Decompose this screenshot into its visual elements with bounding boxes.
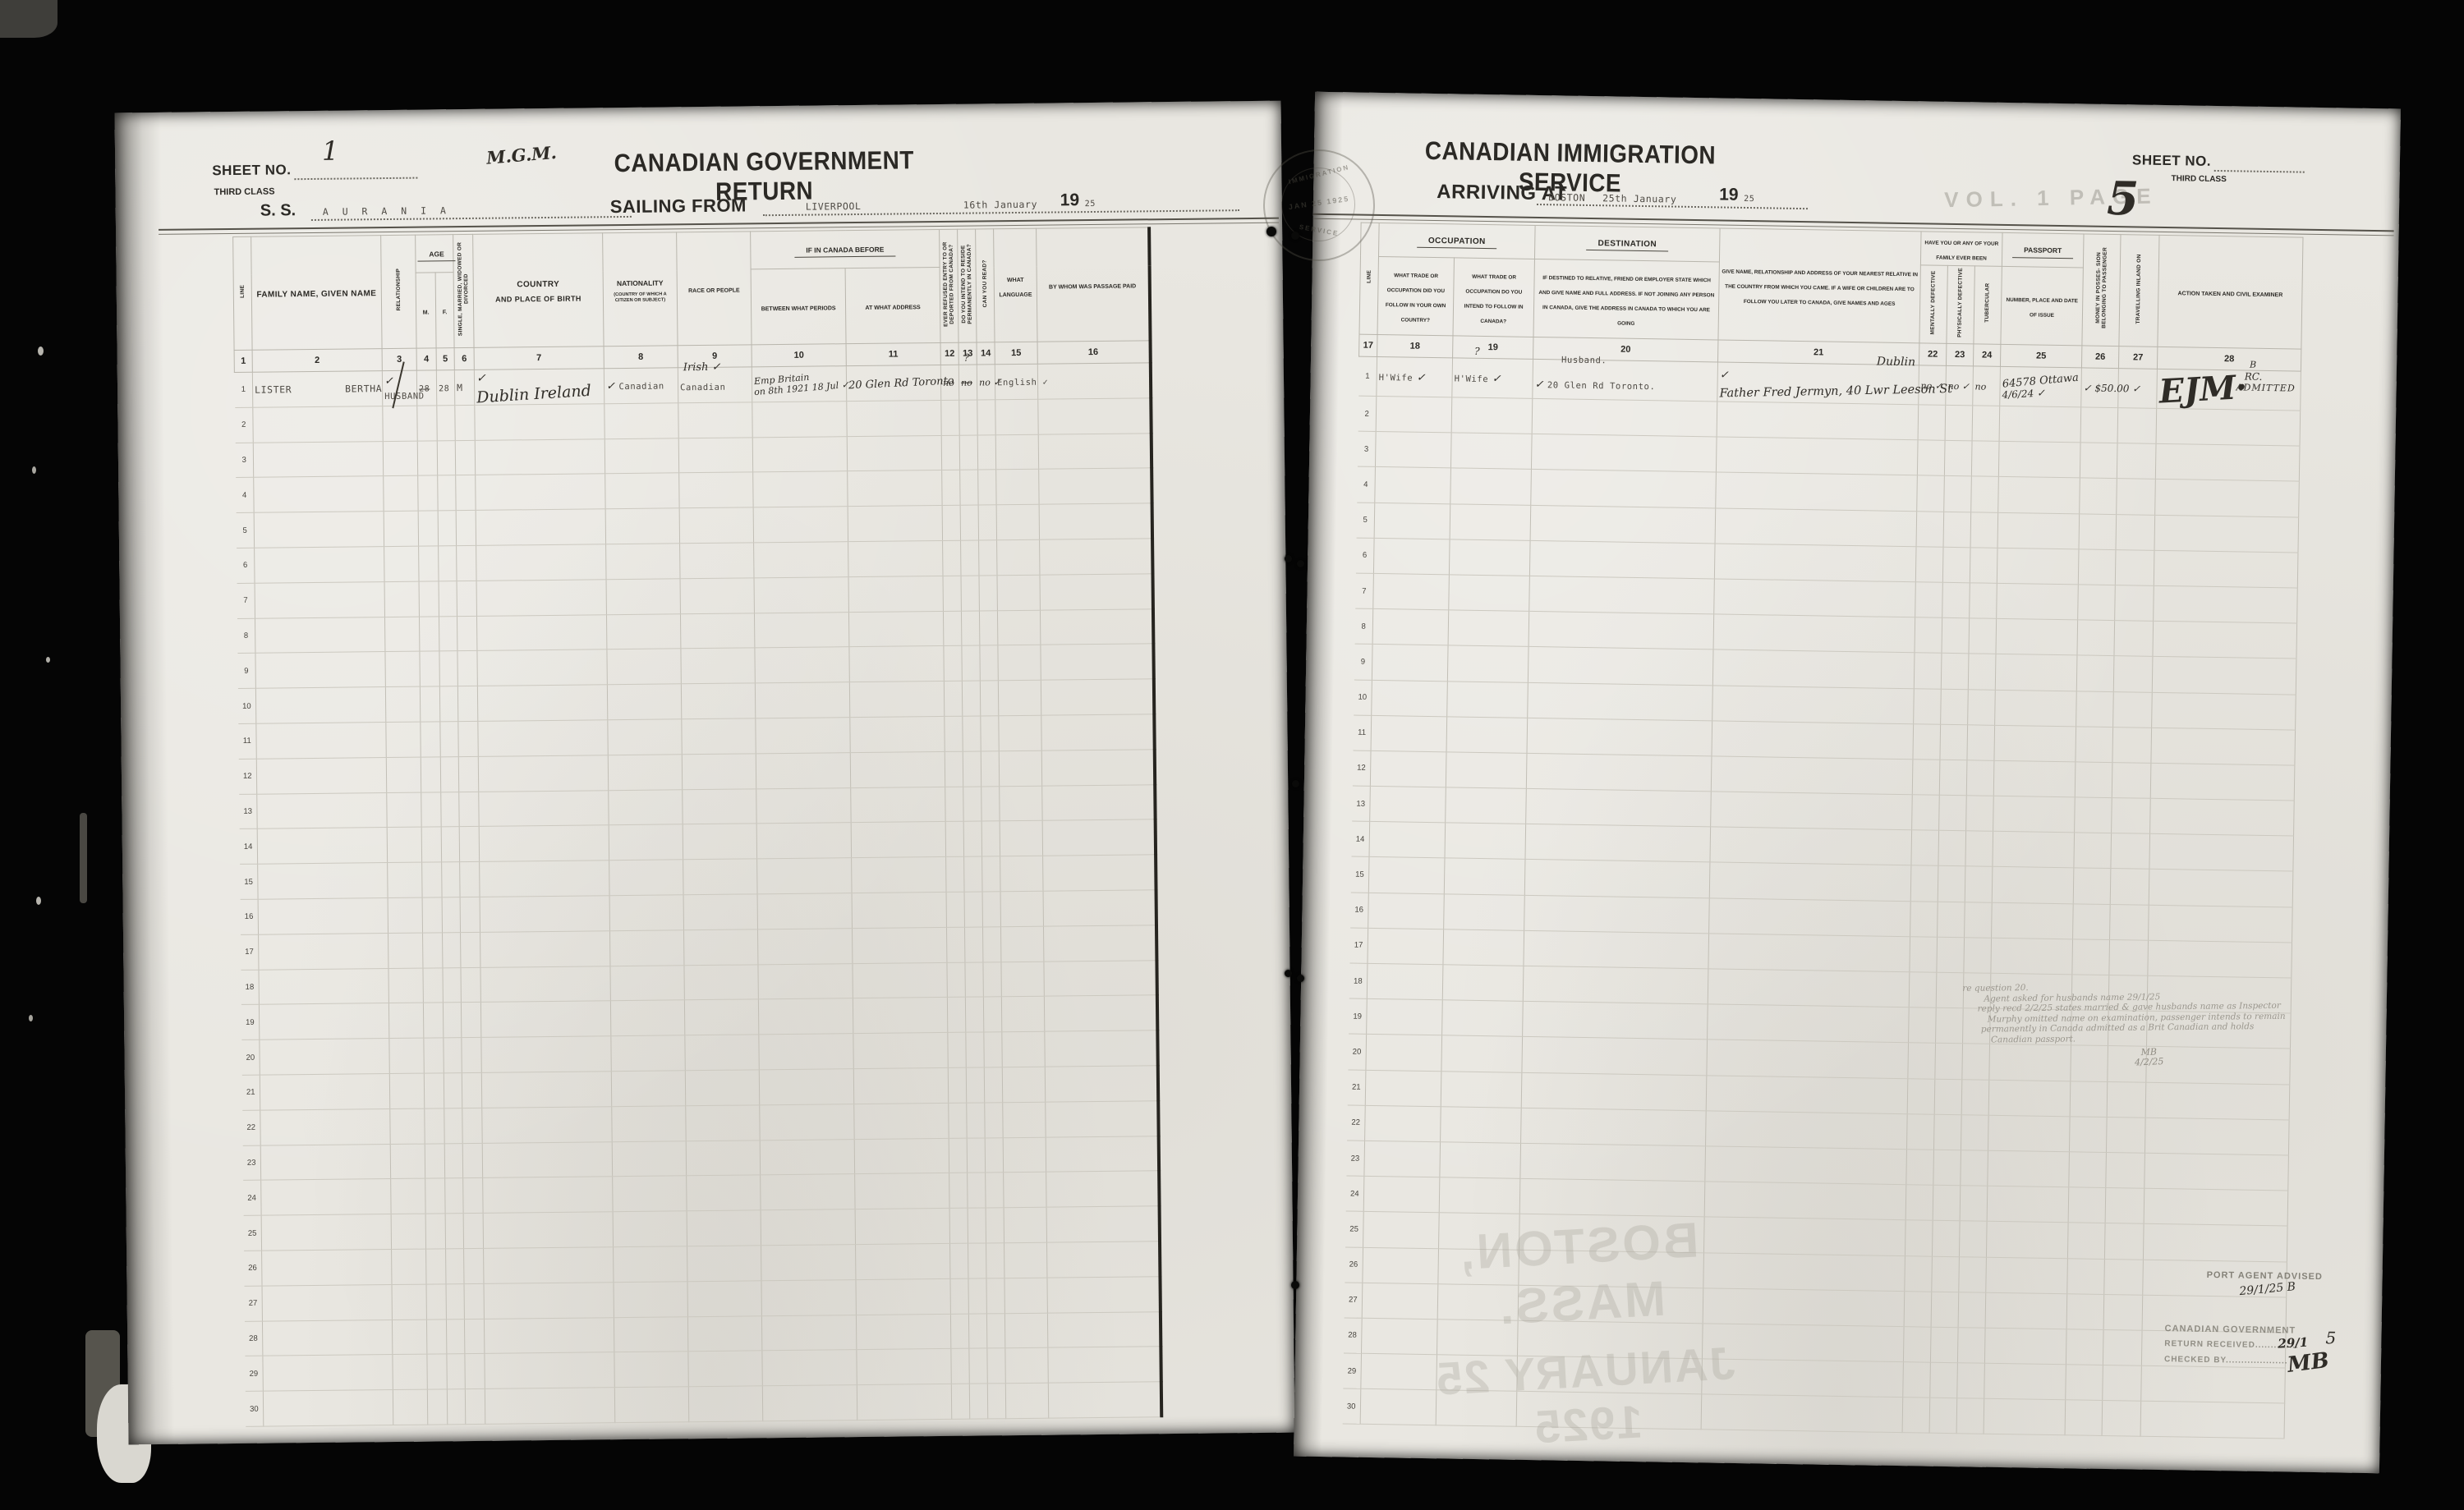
empty-cell: [1370, 786, 1446, 823]
empty-cell: [1375, 467, 1451, 504]
cell-nearest-relative: Dublin ✓ Father Fred Jermyn, 40 Lwr Lees…: [1717, 362, 1919, 405]
empty-cell: [688, 1386, 762, 1422]
empty-cell: [688, 1351, 762, 1387]
empty-cell: [1944, 441, 1972, 477]
empty-cell: [967, 1103, 985, 1138]
empty-cell: [752, 401, 847, 437]
empty-cell: [2106, 1117, 2145, 1153]
empty-cell: [968, 1173, 986, 1208]
empty-cell: [856, 1278, 950, 1315]
empty-cell: [477, 649, 607, 686]
empty-cell: [427, 1354, 447, 1389]
empty-cell: [946, 892, 964, 927]
scan-artifact: [0, 0, 57, 38]
cell-physically: no ✓: [1946, 365, 1974, 406]
empty-cell: [1523, 1002, 1708, 1040]
empty-cell: [851, 787, 945, 823]
empty-cell: [1940, 724, 1968, 760]
empty-cell: [437, 440, 455, 475]
empty-cell: [2077, 620, 2115, 656]
col-race: RACE OR PEOPLE: [677, 232, 752, 346]
empty-cell: [960, 505, 978, 540]
line-number: 8: [1354, 608, 1373, 645]
empty-cell: [483, 1177, 613, 1213]
empty-cell: [1938, 866, 1965, 902]
empty-cell: [385, 686, 420, 722]
empty-cell: [606, 544, 680, 580]
empty-cell: [962, 645, 980, 681]
empty-cell: [389, 1073, 424, 1108]
empty-cell: [1044, 925, 1156, 962]
empty-cell: [2112, 762, 2151, 798]
empty-cell: [752, 436, 847, 472]
empty-cell: [457, 545, 476, 581]
col-intend-reside: DO YOU INTEND TO RESIDE PERMANENTLY IN C…: [958, 229, 977, 342]
empty-cell: [461, 967, 480, 1003]
empty-cell: [259, 933, 388, 969]
col-age-f: F.: [435, 273, 454, 348]
empty-cell: [1046, 1136, 1158, 1172]
empty-cell: [393, 1389, 427, 1425]
empty-cell: [614, 1387, 688, 1423]
empty-cell: [1365, 1070, 1441, 1107]
line-number: 6: [1355, 538, 1374, 574]
empty-cell: [761, 1279, 856, 1315]
empty-cell: [942, 470, 960, 506]
sheet-no-line: [294, 159, 417, 181]
empty-cell: [1441, 1107, 1522, 1144]
empty-cell: [680, 543, 754, 579]
line-number: 11: [238, 723, 256, 759]
col-mentally: MENTALLY DEFECTIVE: [1919, 265, 1947, 344]
binding-hole: [1292, 780, 1299, 787]
cell-language: English ✓: [995, 364, 1037, 399]
empty-cell: [254, 476, 384, 512]
empty-cell: [853, 998, 947, 1034]
empty-cell: [2079, 513, 2117, 549]
empty-cell: [422, 897, 442, 933]
cell-tubercular: no: [1973, 366, 2001, 406]
empty-cell: [1045, 1066, 1157, 1102]
empty-cell: [1372, 609, 1449, 646]
empty-cell: [755, 682, 849, 718]
empty-cell: [478, 755, 608, 791]
empty-cell: [2105, 1188, 2145, 1224]
col-travelling-inland: TRAVELLING INLAND ON: [2119, 235, 2159, 347]
empty-cell: [1047, 1311, 1160, 1347]
cell-birthplace: ✓ Dublin Ireland: [474, 369, 604, 405]
empty-cell: [979, 576, 997, 611]
line-number: 3: [1357, 431, 1376, 467]
empty-cell: [391, 1178, 425, 1214]
empty-cell: [1907, 1078, 1935, 1114]
sheet-no-label: SHEET NO.: [212, 162, 291, 179]
empty-cell: [458, 721, 478, 756]
empty-cell: [386, 757, 421, 792]
empty-cell: [2073, 868, 2111, 904]
empty-cell: [390, 1108, 425, 1144]
empty-cell: [2076, 655, 2114, 691]
empty-cell: [2110, 869, 2149, 905]
empty-cell: [260, 1144, 390, 1180]
empty-cell: [1971, 441, 1999, 477]
empty-cell: [1369, 822, 1446, 859]
group-destination: DESTINATION: [1534, 225, 1720, 261]
empty-cell: [950, 1243, 968, 1278]
empty-cell: [1716, 472, 1918, 511]
empty-cell: [606, 579, 680, 615]
empty-cell: [756, 787, 851, 824]
empty-cell: [687, 1210, 761, 1246]
group-age: AGE: [416, 235, 453, 273]
empty-cell: [985, 1102, 1003, 1137]
empty-cell: [756, 752, 850, 788]
ss-label: S. S.: [260, 201, 297, 220]
empty-cell: [982, 892, 1000, 927]
empty-cell: [387, 792, 421, 828]
empty-cell: [1961, 1079, 1989, 1115]
cell-age-f: 28: [436, 370, 454, 406]
empty-cell: [979, 540, 997, 576]
empty-cell: [1932, 1221, 1960, 1257]
empty-cell: [1942, 582, 1970, 618]
empty-cell: [978, 470, 996, 505]
binding-hole: [1297, 975, 1304, 982]
empty-cell: [2115, 549, 2154, 585]
empty-cell: [2066, 1293, 2104, 1329]
empty-cell: [1374, 503, 1450, 539]
empty-cell: [1908, 1043, 1936, 1079]
empty-cell: [464, 1248, 484, 1283]
empty-cell: [1045, 1030, 1157, 1067]
empty-cell: [980, 645, 998, 681]
empty-cell: [2145, 1082, 2290, 1120]
empty-cell: [1039, 468, 1152, 504]
empty-cell: [1003, 1102, 1046, 1137]
empty-cell: [1961, 1150, 1988, 1186]
empty-cell: [966, 1032, 984, 1067]
line-number: 21: [1347, 1070, 1366, 1106]
empty-cell: [443, 967, 461, 1003]
col-tubercular: TUBERCULAR: [1974, 266, 2002, 345]
empty-cell: [1442, 1000, 1524, 1037]
empty-cell: [1443, 929, 1524, 966]
line-number: 10: [237, 688, 255, 723]
empty-cell: [460, 897, 480, 932]
empty-cell: [1038, 398, 1151, 434]
empty-cell: [1992, 867, 2074, 904]
empty-cell: [613, 1176, 687, 1212]
empty-cell: [1713, 614, 1915, 653]
empty-cell: [480, 1001, 610, 1037]
empty-cell: [941, 435, 959, 470]
empty-cell: [606, 613, 680, 649]
empty-cell: [1971, 476, 1999, 512]
right-page: CANADIAN IMMIGRATION SERVICE ARRIVING AT…: [1294, 92, 2401, 1474]
empty-cell: [1046, 1206, 1159, 1242]
empty-cell: [986, 1173, 1004, 1208]
empty-cell: [968, 1278, 986, 1314]
empty-cell: [986, 1313, 1004, 1348]
empty-cell: [960, 470, 978, 505]
empty-cell: [455, 440, 475, 475]
empty-cell: [1933, 1150, 1961, 1186]
empty-cell: [1450, 468, 1532, 505]
empty-cell: [945, 822, 963, 857]
empty-cell: [1524, 930, 1709, 969]
empty-cell: [1935, 1044, 1963, 1080]
empty-cell: [1915, 617, 1942, 654]
empty-cell: [262, 1320, 392, 1356]
empty-cell: [999, 750, 1041, 786]
empty-cell: [1368, 893, 1445, 929]
empty-cell: [439, 581, 457, 616]
empty-cell: [1001, 962, 1044, 997]
empty-cell: [384, 546, 419, 581]
empty-cell: [1918, 405, 1946, 441]
empty-cell: [1968, 654, 1996, 690]
empty-cell: [995, 434, 1038, 470]
line-number: 27: [244, 1286, 262, 1321]
empty-cell: [1904, 1291, 1932, 1327]
empty-cell: [944, 646, 962, 682]
empty-cell: [456, 511, 476, 546]
empty-cell: [755, 647, 849, 683]
empty-cell: [1041, 714, 1154, 750]
empty-cell: [964, 856, 982, 892]
year-printed: 19: [1719, 185, 1739, 204]
empty-cell: [1965, 902, 1993, 938]
empty-cell: [447, 1389, 465, 1425]
page-edge-sliver: [80, 813, 87, 903]
empty-cell: [847, 435, 941, 471]
empty-cell: [1048, 1382, 1161, 1418]
empty-cell: [686, 1105, 760, 1141]
empty-cell: [981, 716, 999, 751]
col-physically: PHYSICALLY DEFECTIVE: [1947, 265, 1974, 344]
empty-cell: [680, 613, 754, 649]
empty-cell: [260, 1108, 390, 1145]
empty-cell: [987, 1348, 1005, 1384]
empty-cell: [257, 828, 387, 864]
empty-cell: [1993, 832, 2075, 869]
empty-cell: [684, 964, 758, 1000]
empty-cell: [384, 617, 419, 652]
empty-cell: [1998, 442, 2080, 479]
empty-cell: [441, 792, 459, 827]
empty-cell: [984, 1032, 1002, 1067]
empty-cell: [461, 932, 480, 967]
empty-cell: [1943, 512, 1971, 548]
empty-cell: [685, 1070, 759, 1106]
empty-cell: [1708, 969, 1910, 1007]
empty-cell: [1997, 583, 2079, 620]
empty-cell: [423, 933, 443, 968]
line-number: 25: [1345, 1211, 1364, 1247]
empty-cell: [2111, 833, 2150, 870]
empty-cell: [463, 1213, 483, 1248]
empty-cell: [1521, 1108, 1707, 1146]
line-number: 13: [1352, 786, 1371, 822]
empty-cell: [1000, 891, 1043, 926]
line-number: 20: [241, 1040, 260, 1075]
empty-cell: [1531, 470, 1717, 508]
empty-cell: [476, 544, 606, 581]
empty-cell: [945, 751, 963, 787]
empty-cell: [2075, 797, 2112, 833]
empty-cell: [950, 1278, 968, 1314]
empty-cell: [457, 651, 477, 686]
empty-cell: [2080, 407, 2118, 443]
empty-cell: [1373, 573, 1450, 610]
line-number: 26: [244, 1251, 262, 1286]
line-number: 15: [240, 864, 258, 899]
empty-cell: [1914, 688, 1942, 724]
empty-cell: [388, 1003, 423, 1038]
empty-cell: [610, 1000, 684, 1036]
empty-cell: [2145, 1118, 2289, 1155]
binding-hole: [1297, 560, 1304, 567]
empty-cell: [442, 862, 460, 897]
cell-occupation-intend: ? H'Wife ✓: [1452, 358, 1533, 399]
sheet-no-line: [2214, 152, 2305, 173]
empty-cell: [259, 1003, 388, 1040]
empty-cell: [427, 1389, 447, 1425]
line-number: 8: [237, 618, 255, 654]
empty-cell: [683, 788, 756, 824]
empty-cell: [2069, 1152, 2107, 1188]
empty-cell: [2070, 1081, 2108, 1117]
empty-cell: [2109, 939, 2149, 975]
empty-cell: [443, 932, 461, 967]
empty-cell: [1985, 1292, 2067, 1329]
empty-cell: [947, 962, 965, 998]
empty-cell: [2103, 1294, 2143, 1330]
empty-cell: [851, 822, 945, 858]
empty-cell: [1993, 760, 2076, 797]
col-address: AT WHAT ADDRESS: [845, 267, 940, 343]
empty-cell: [687, 1175, 761, 1211]
empty-cell: [2150, 763, 2295, 801]
empty-cell: [1989, 1044, 2071, 1081]
col-can-read: CAN YOU READ?: [976, 229, 995, 342]
empty-cell: [998, 680, 1041, 715]
sailing-date: 16th January: [963, 199, 1037, 211]
line-number: 25: [243, 1215, 261, 1251]
empty-cell: [848, 506, 942, 542]
empty-cell: [1042, 819, 1155, 856]
empty-cell: [1446, 787, 1527, 824]
empty-cell: [978, 505, 996, 540]
empty-cell: [687, 1315, 761, 1352]
empty-cell: [959, 435, 977, 470]
empty-cell: [1523, 966, 1708, 1004]
line-number: 28: [244, 1321, 262, 1356]
empty-cell: [482, 1141, 612, 1177]
cell-money: ✓ $50.00 ✓: [2081, 368, 2119, 408]
empty-cell: [480, 861, 609, 897]
empty-cell: [754, 542, 848, 578]
empty-cell: [1366, 1035, 1442, 1072]
empty-cell: [1707, 1040, 1909, 1078]
empty-cell: [477, 614, 607, 650]
empty-cell: [1715, 508, 1917, 547]
line-number: 13: [239, 794, 257, 829]
pencil-annotation: re question 20. Agent asked for husbands…: [1962, 980, 2316, 1044]
pencil-signature: MB 4/2/25: [2134, 1047, 2163, 1067]
empty-cell: [855, 1209, 949, 1245]
empty-cell: [605, 508, 679, 544]
empty-cell: [423, 967, 443, 1003]
empty-cell: [1000, 856, 1043, 891]
empty-cell: [1522, 1037, 1708, 1076]
empty-cell: [1445, 823, 1526, 860]
empty-cell: [1442, 965, 1524, 1002]
line-number: 9: [237, 654, 255, 689]
cell-canada-periods: Emp Britain on 8th 1921 18 Jul ✓: [752, 366, 846, 402]
empty-cell: [2146, 1047, 2291, 1085]
line-number: 9: [1354, 644, 1372, 680]
empty-cell: [1965, 866, 1993, 902]
empty-cell: [756, 823, 851, 859]
empty-cell: [2156, 408, 2301, 446]
empty-cell: [609, 824, 683, 861]
empty-cell: [424, 1038, 444, 1073]
empty-cell: [683, 894, 757, 930]
empty-cell: [1372, 645, 1448, 682]
empty-cell: [2145, 1153, 2289, 1191]
cell-mentally: no ✓: [1919, 365, 1947, 406]
empty-cell: [760, 1104, 854, 1140]
empty-cell: [1040, 574, 1152, 610]
empty-cell: [426, 1284, 446, 1320]
cell-age-m: 28: [416, 370, 436, 406]
empty-cell: [457, 616, 477, 651]
empty-cell: [445, 1214, 463, 1249]
empty-cell: [856, 1314, 950, 1350]
empty-cell: [754, 612, 848, 648]
empty-cell: [614, 1316, 687, 1352]
empty-cell: [1042, 784, 1155, 820]
empty-cell: [981, 821, 1000, 856]
empty-cell: [951, 1348, 969, 1384]
empty-cell: [1917, 475, 1945, 512]
empty-cell: [1526, 788, 1712, 827]
cell-marital: M: [454, 369, 474, 405]
empty-cell: [1942, 547, 1970, 583]
empty-cell: [1371, 715, 1447, 752]
empty-cell: [441, 827, 459, 862]
empty-cell: [1714, 544, 1916, 582]
empty-cell: [983, 962, 1001, 997]
empty-cell: [1986, 1222, 2068, 1259]
empty-cell: [261, 1179, 391, 1215]
empty-cell: [1447, 681, 1529, 718]
empty-cell: [605, 403, 678, 439]
line-number: 23: [242, 1145, 260, 1181]
empty-cell: [476, 580, 606, 616]
empty-cell: [682, 718, 756, 755]
sailing-port: LIVERPOOL: [806, 200, 862, 213]
empty-cell: [437, 405, 455, 440]
empty-cell: [1712, 649, 1915, 688]
empty-cell: [253, 441, 383, 477]
empty-cell: [1967, 724, 1995, 760]
empty-cell: [1048, 1347, 1161, 1383]
line-number: 6: [237, 548, 255, 583]
empty-cell: [996, 504, 1039, 539]
empty-cell: [2113, 691, 2153, 727]
